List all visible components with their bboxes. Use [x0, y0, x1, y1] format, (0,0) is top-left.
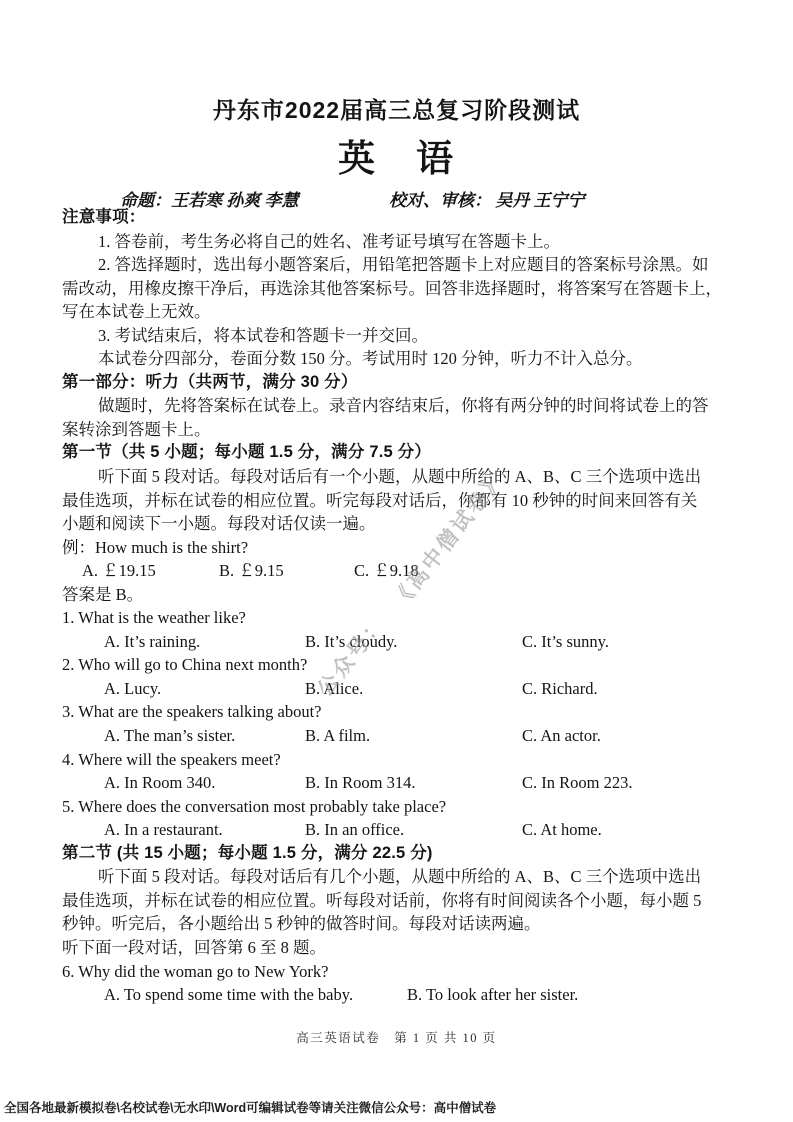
notice-item-2-line-3: 写在本试卷上无效。 — [62, 300, 740, 324]
example-option-a: A. ￡19.15 — [82, 559, 156, 583]
exam-paper-page: { "header": { "exam_title": "丹东市2022届高三总… — [0, 0, 793, 1122]
section1-instr-line-2: 最佳选项，并标在试卷的相应位置。听完每段对话后，你都有 10 秒钟的时间来回答有… — [62, 489, 740, 513]
section2-instr-line-2: 最佳选项，并标在试卷的相应位置。听每段对话前，你将有时间阅读各个小题，每小题 5 — [62, 889, 740, 913]
subject-title: 英 语 — [0, 128, 793, 182]
question-4-text: 4. Where will the speakers meet? — [62, 748, 740, 772]
question-2-option-b: B. Alice. — [305, 677, 363, 701]
question-4-options: A. In Room 340. B. In Room 314. C. In Ro… — [62, 771, 740, 795]
question-6-option-b: B. To look after her sister. — [407, 983, 578, 1007]
paper-body: 注意事项： 1. 答卷前，考生务必将自己的姓名、准考证号填写在答题卡上。 2. … — [62, 206, 740, 1007]
question-6-options: A. To spend some time with the baby. B. … — [62, 983, 740, 1007]
question-4-option-b: B. In Room 314. — [305, 771, 415, 795]
notice-heading: 注意事项： — [62, 206, 740, 230]
question-2-option-c: C. Richard. — [522, 677, 598, 701]
question-1-text: 1. What is the weather like? — [62, 606, 740, 630]
section1-instr-line-3: 小题和阅读下一小题。每段对话仅读一遍。 — [62, 512, 740, 536]
section1-heading: 第一节（共 5 小题；每小题 1.5 分，满分 7.5 分） — [62, 441, 740, 465]
exam-title: 丹东市2022届高三总复习阶段测试 — [0, 92, 793, 125]
part1-intro-line-2: 案转涂到答题卡上。 — [62, 418, 740, 442]
section2-instr-line-3: 秒钟。听完后，各小题给出 5 秒钟的做答时间。每段对话读两遍。 — [62, 912, 740, 936]
question-3-option-c: C. An actor. — [522, 724, 601, 748]
question-5-option-c: C. At home. — [522, 818, 602, 842]
example-question: 例：How much is the shirt? — [62, 536, 740, 560]
question-2-text: 2. Who will go to China next month? — [62, 653, 740, 677]
section2-instr-line-1: 听下面 5 段对话。每段对话后有几个小题，从题中所给的 A、B、C 三个选项中选… — [62, 865, 740, 889]
question-1-options: A. It’s raining. B. It’s cloudy. C. It’s… — [62, 630, 740, 654]
question-4-option-c: C. In Room 223. — [522, 771, 632, 795]
part1-heading: 第一部分：听力（共两节，满分 30 分） — [62, 371, 740, 395]
page-footer: 高三英语试卷 第 1 页 共 10 页 — [0, 1028, 793, 1046]
question-6-option-a: A. To spend some time with the baby. — [104, 983, 353, 1007]
part1-intro-line-1: 做题时，先将答案标在试卷上。录音内容结束后，你将有两分钟的时间将试卷上的答 — [62, 394, 740, 418]
question-5-option-a: A. In a restaurant. — [104, 818, 223, 842]
question-1-option-a: A. It’s raining. — [104, 630, 200, 654]
paper-summary: 本试卷分四部分，卷面分数 150 分。考试用时 120 分钟，听力不计入总分。 — [62, 347, 740, 371]
question-1-option-c: C. It’s sunny. — [522, 630, 609, 654]
section1-instr-line-1: 听下面 5 段对话。每段对话后有一个小题，从题中所给的 A、B、C 三个选项中选… — [62, 465, 740, 489]
question-3-text: 3. What are the speakers talking about? — [62, 700, 740, 724]
notice-item-1: 1. 答卷前，考生务必将自己的姓名、准考证号填写在答题卡上。 — [62, 230, 740, 254]
question-5-options: A. In a restaurant. B. In an office. C. … — [62, 818, 740, 842]
question-2-options: A. Lucy. B. Alice. C. Richard. — [62, 677, 740, 701]
example-option-c: C. ￡9.18 — [354, 559, 419, 583]
example-option-b: B. ￡9.15 — [219, 559, 284, 583]
question-5-option-b: B. In an office. — [305, 818, 404, 842]
question-3-options: A. The man’s sister. B. A film. C. An ac… — [62, 724, 740, 748]
notice-item-2-line-2: 需改动，用橡皮擦干净后，再选涂其他答案标号。回答非选择题时，将答案写在答题卡上， — [62, 277, 740, 301]
question-3-option-a: A. The man’s sister. — [104, 724, 235, 748]
promo-bar: 全国各地最新模拟卷\名校试卷\无水印\Word可编辑试卷等请关注微信公众号：高中… — [4, 1098, 496, 1116]
question-3-option-b: B. A film. — [305, 724, 370, 748]
section2-heading: 第二节 (共 15 小题；每小题 1.5 分，满分 22.5 分) — [62, 842, 740, 866]
credits-row: 命题：王若寒 孙爽 李慧 校对、审核： 吴丹 王宁宁 — [0, 186, 793, 208]
question-5-text: 5. Where does the conversation most prob… — [62, 795, 740, 819]
notice-item-3: 3. 考试结束后，将本试卷和答题卡一并交回。 — [62, 324, 740, 348]
section2-lead: 听下面一段对话，回答第 6 至 8 题。 — [62, 936, 740, 960]
question-1-option-b: B. It’s cloudy. — [305, 630, 397, 654]
notice-item-2-line-1: 2. 答选择题时，选出每小题答案后，用铅笔把答题卡上对应题目的答案标号涂黑。如 — [62, 253, 740, 277]
example-answer: 答案是 B。 — [62, 583, 740, 607]
question-2-option-a: A. Lucy. — [104, 677, 161, 701]
example-options: A. ￡19.15 B. ￡9.15 C. ￡9.18 — [62, 559, 740, 583]
question-6-text: 6. Why did the woman go to New York? — [62, 960, 740, 984]
question-4-option-a: A. In Room 340. — [104, 771, 215, 795]
